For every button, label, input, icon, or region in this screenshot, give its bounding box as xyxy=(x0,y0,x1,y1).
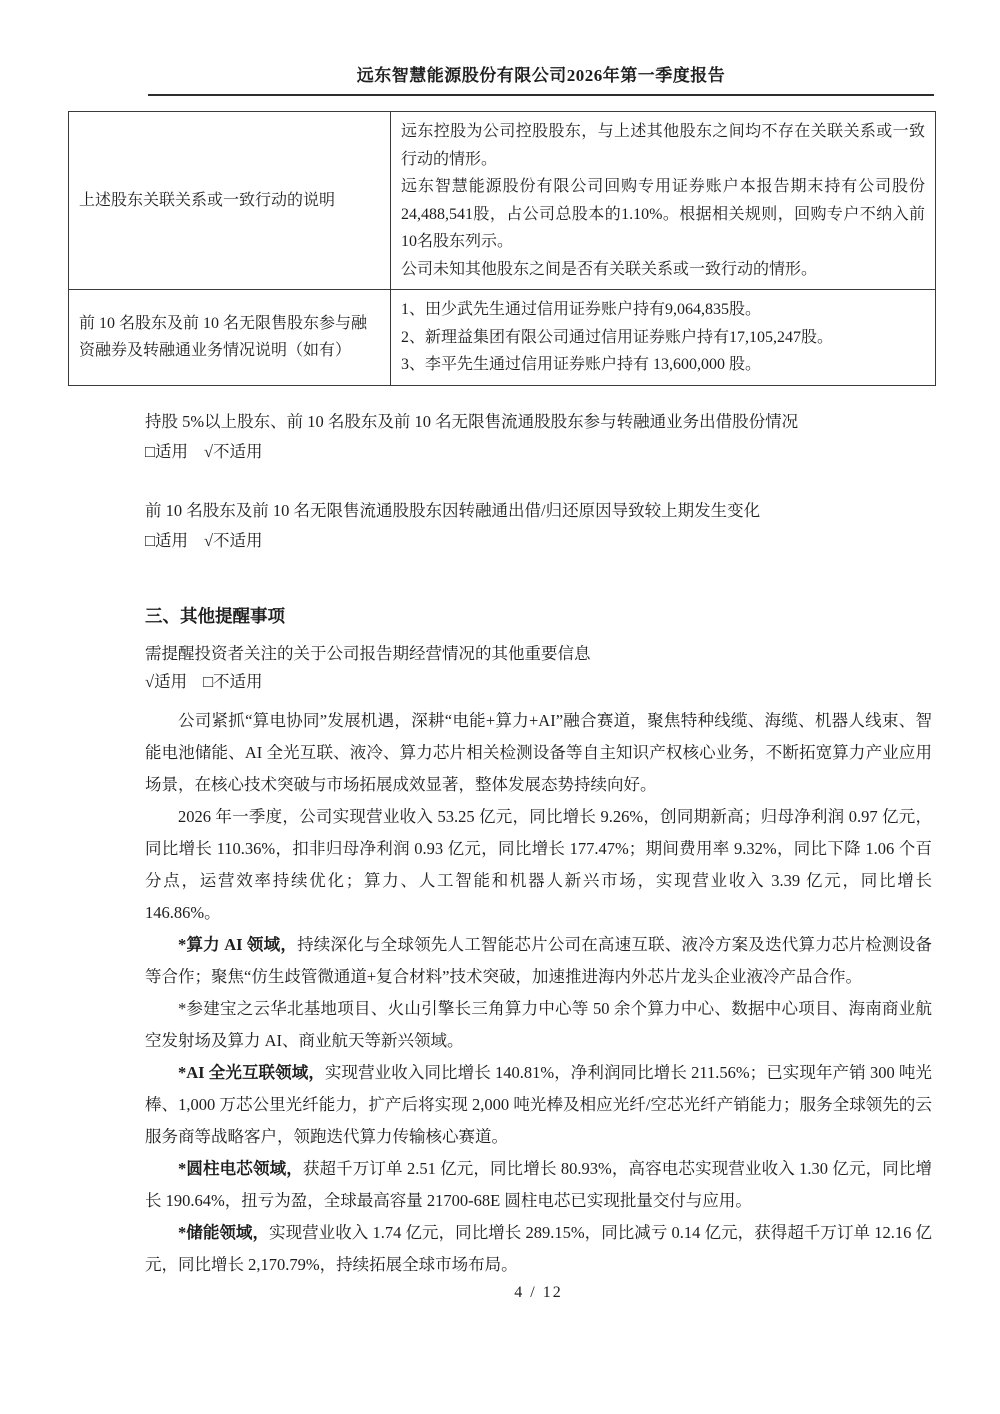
paragraph-text: 公司紧抓“算电协同”发展机遇，深耕“电能+算力+AI”融合赛道，聚焦特种线缆、海… xyxy=(145,711,932,794)
applicability-option: □适用 xyxy=(145,442,188,461)
content-line: 远东智慧能源股份有限公司回购专用证券账户本报告期末持有公司股份24,488,54… xyxy=(401,173,925,256)
applicability-option: √不适用 xyxy=(204,531,263,550)
check-mark-icon: √ xyxy=(204,442,213,461)
row-content: 1、田少武先生通过信用证券账户持有9,064,835股。 2、新理益集团有限公司… xyxy=(391,290,936,386)
content-line: 远东控股为公司控股股东，与上述其他股东之间均不存在关联关系或一致行动的情形。 xyxy=(401,118,925,173)
applicability-option: √适用 xyxy=(145,672,187,691)
report-page: 远东智慧能源股份有限公司2026年第一季度报告 上述股东关联关系或一致行动的说明… xyxy=(0,0,1000,1414)
applicability-block: 持股 5%以上股东、前 10 名股东及前 10 名无限售流通股股东参与转融通业务… xyxy=(145,407,932,467)
body-paragraph: *圆柱电芯领域，获超千万订单 2.51 亿元，同比增长 80.93%，高容电芯实… xyxy=(145,1153,932,1217)
body-paragraph: 公司紧抓“算电协同”发展机遇，深耕“电能+算力+AI”融合赛道，聚焦特种线缆、海… xyxy=(145,705,932,801)
row-label-text: 前 10 名股东及前 10 名无限售股东参与融资融券及转融通业务情况说明（如有） xyxy=(79,310,380,364)
section-applicability: √适用□不适用 xyxy=(145,668,932,696)
option-label: 适用 xyxy=(155,442,188,461)
table-row: 上述股东关联关系或一致行动的说明 远东控股为公司控股股东，与上述其他股东之间均不… xyxy=(69,112,936,290)
row-label: 前 10 名股东及前 10 名无限售股东参与融资融券及转融通业务情况说明（如有） xyxy=(69,290,391,386)
paragraph-lead: *AI 全光互联领域， xyxy=(178,1063,325,1082)
option-label: 不适用 xyxy=(213,531,263,550)
section-note: 需提醒投资者关注的关于公司报告期经营情况的其他重要信息 xyxy=(145,640,932,668)
body-paragraph: *储能领域，实现营业收入 1.74 亿元，同比增长 289.15%，同比减亏 0… xyxy=(145,1217,932,1281)
row-content: 远东控股为公司控股股东，与上述其他股东之间均不存在关联关系或一致行动的情形。 远… xyxy=(391,112,936,290)
row-label-text: 上述股东关联关系或一致行动的说明 xyxy=(79,187,380,214)
body-paragraph: *参建宝之云华北基地项目、火山引擎长三角算力中心等 50 余个算力中心、数据中心… xyxy=(145,993,932,1057)
option-label: 不适用 xyxy=(213,672,263,691)
header-rule xyxy=(148,94,934,96)
applicability-option: √不适用 xyxy=(204,442,263,461)
body-paragraph: *AI 全光互联领域，实现营业收入同比增长 140.81%，净利润同比增长 21… xyxy=(145,1057,932,1153)
applicability-options: □适用√不适用 xyxy=(145,437,932,467)
body-paragraph: 2026 年一季度，公司实现营业收入 53.25 亿元，同比增长 9.26%，创… xyxy=(145,801,932,929)
option-label: 适用 xyxy=(155,531,188,550)
checkbox-unchecked-icon: □ xyxy=(145,442,155,461)
applicability-option: □适用 xyxy=(145,531,188,550)
applicability-option: □不适用 xyxy=(203,672,262,691)
applicability-statement: 持股 5%以上股东、前 10 名股东及前 10 名无限售流通股股东参与转融通业务… xyxy=(145,407,932,437)
paragraph-text: 2026 年一季度，公司实现营业收入 53.25 亿元，同比增长 9.26%，创… xyxy=(145,807,932,922)
applicability-block: 前 10 名股东及前 10 名无限售流通股股东因转融通出借/归还原因导致较上期发… xyxy=(145,496,932,556)
content-line: 3、李平先生通过信用证券账户持有 13,600,000 股。 xyxy=(401,351,925,379)
option-label: 不适用 xyxy=(213,442,263,461)
content-line: 1、田少武先生通过信用证券账户持有9,064,835股。 xyxy=(401,296,925,324)
paragraph-lead: *圆柱电芯领域， xyxy=(178,1159,303,1178)
paragraph-text: *参建宝之云华北基地项目、火山引擎长三角算力中心等 50 余个算力中心、数据中心… xyxy=(145,999,932,1050)
applicability-statement: 前 10 名股东及前 10 名无限售流通股股东因转融通出借/归还原因导致较上期发… xyxy=(145,496,932,526)
option-label: 适用 xyxy=(154,672,187,691)
applicability-options: □适用√不适用 xyxy=(145,526,932,556)
row-label: 上述股东关联关系或一致行动的说明 xyxy=(69,112,391,290)
check-mark-icon: √ xyxy=(204,531,213,550)
page-number: 4 / 12 xyxy=(145,1284,932,1302)
page-body: 持股 5%以上股东、前 10 名股东及前 10 名无限售流通股股东参与转融通业务… xyxy=(145,407,932,1281)
content-line: 公司未知其他股东之间是否有关联关系或一致行动的情形。 xyxy=(401,256,925,284)
checkbox-unchecked-icon: □ xyxy=(203,672,213,691)
check-mark-icon: √ xyxy=(145,672,154,691)
body-paragraph: *算力 AI 领域，持续深化与全球领先人工智能芯片公司在高速互联、液冷方案及迭代… xyxy=(145,929,932,993)
report-header-title: 远东智慧能源股份有限公司2026年第一季度报告 xyxy=(148,66,934,86)
content-line: 2、新理益集团有限公司通过信用证券账户持有17,105,247股。 xyxy=(401,324,925,352)
paragraph-lead: *算力 AI 领域， xyxy=(178,935,297,954)
paragraph-lead: *储能领域， xyxy=(178,1223,269,1242)
shareholders-table: 上述股东关联关系或一致行动的说明 远东控股为公司控股股东，与上述其他股东之间均不… xyxy=(68,111,936,386)
table-row: 前 10 名股东及前 10 名无限售股东参与融资融券及转融通业务情况说明（如有）… xyxy=(69,290,936,386)
section-heading: 三、其他提醒事项 xyxy=(145,604,932,628)
section-paragraphs: 公司紧抓“算电协同”发展机遇，深耕“电能+算力+AI”融合赛道，聚焦特种线缆、海… xyxy=(145,705,932,1281)
checkbox-unchecked-icon: □ xyxy=(145,531,155,550)
